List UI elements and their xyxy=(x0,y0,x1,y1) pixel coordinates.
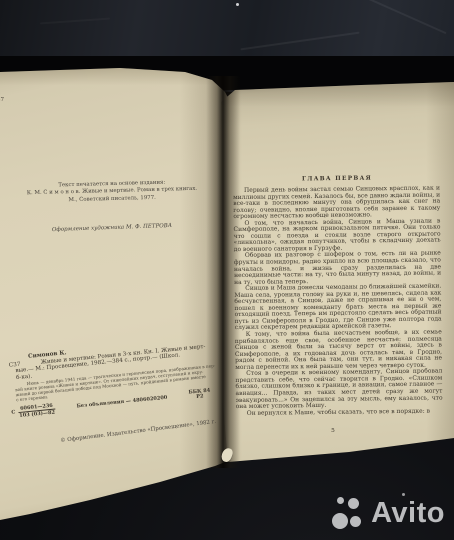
left-page xyxy=(0,62,230,530)
avito-brand-text: Avito xyxy=(371,497,445,530)
edge-mark: 37 xyxy=(0,97,4,104)
page-number: 5 xyxy=(227,428,439,434)
fabric-highlight xyxy=(363,0,446,34)
paragraph: О том, что началась война, Синцов и Маша… xyxy=(233,218,440,253)
fabric-highlight xyxy=(40,18,110,25)
fabric-highlight xyxy=(240,32,359,51)
book-photo-scene: 237 Текст печатается на основе издания:К… xyxy=(0,0,454,540)
avito-watermark: Avito xyxy=(332,496,445,531)
edge-marks: 237 xyxy=(0,90,4,104)
paragraph: Стоя в очереди к военному коменданту, Си… xyxy=(235,369,442,411)
index-prefix: С xyxy=(11,410,16,416)
paragraph: Синцов и Маша донесли чемоданы до ближай… xyxy=(234,284,442,332)
paragraph: Оборвав их разговор с шофером о том, ест… xyxy=(234,251,441,286)
paragraph: К тому, что война была несчастьем вообще… xyxy=(235,329,442,371)
bbk-code: ББК 84 Р2 xyxy=(188,388,211,401)
chapter-body-text: Первый день войны застал семью Синцовых … xyxy=(233,185,443,417)
edge-mark: 2 xyxy=(0,90,4,97)
dust-speck xyxy=(236,3,239,6)
avito-logo-icon xyxy=(332,496,366,531)
catalog-code: С37 xyxy=(9,362,21,369)
paragraph: Первый день войны застал семью Синцовых … xyxy=(233,185,440,220)
